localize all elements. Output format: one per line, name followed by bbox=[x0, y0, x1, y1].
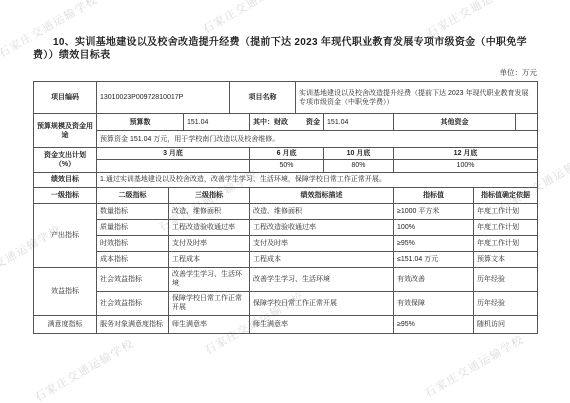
group-output-label: 产出指标 bbox=[34, 203, 97, 267]
budget-number-value: 151.04 bbox=[184, 114, 250, 131]
budget-row: 预算规模及资金用途 预算数 151.04 其中：财政 资金 151.04 其他资… bbox=[34, 114, 538, 131]
indicator-level2: 服务对象满意度指标 bbox=[97, 315, 169, 333]
indicator-level3: 保障学校日常工作正常开展 bbox=[169, 291, 250, 315]
indicator-row: 满意度指标 服务对象满意度指标 师生满意率 师生满意率 ≥95% 随机访问 bbox=[34, 315, 538, 333]
budget-usage-row: 预算资金 151.04 万元，用于学校南门改造以及校舍维修。 bbox=[34, 131, 538, 148]
watermark: 石家庄交通运输学校 bbox=[424, 0, 529, 41]
group-benefit-label: 效益指标 bbox=[34, 267, 97, 315]
document-page: 石家庄交通运输学校 石家庄交通运输学校 石家庄交通运输学校 石家庄交通运输学校 … bbox=[0, 0, 570, 403]
indicator-basis: 历年经验 bbox=[474, 291, 538, 315]
indicator-row: 产出指标 数量指标 改造、维修面积 改造、维修面积 ≥1000 平方米 年度工作… bbox=[34, 203, 538, 219]
document-content: 10、实训基地建设以及校舍改造提升经费（提前下达 2023 年现代职业教育发展专… bbox=[33, 36, 537, 334]
period-march: 3 月底 bbox=[97, 148, 250, 160]
indicator-level2: 社会效益指标 bbox=[97, 291, 169, 315]
fiscal-funds-label-part1: 其中：财政 bbox=[253, 118, 288, 127]
spending-october-value: 80% bbox=[324, 160, 394, 172]
fiscal-funds-label: 其中：财政 资金 bbox=[250, 114, 324, 131]
indicator-level2: 社会效益指标 bbox=[97, 267, 169, 291]
project-code-label: 项目编码 bbox=[34, 82, 97, 114]
indicator-value: 有效改善 bbox=[394, 267, 474, 291]
performance-goal-text: 1.通过实训基地建设以及校舍改造，改善学生学习、生活环境，保障学校日常工作正常开… bbox=[97, 172, 538, 187]
project-name-label: 项目名称 bbox=[230, 82, 296, 114]
budget-row-label: 预算规模及资金用途 bbox=[34, 114, 97, 148]
header-basis: 指标值确定依据 bbox=[474, 187, 538, 203]
indicator-basis: 预算文本 bbox=[474, 251, 538, 267]
watermark: 石家庄交通运输学校 bbox=[200, 0, 305, 37]
indicator-basis: 年度工作计划 bbox=[474, 235, 538, 251]
indicator-row: 时效指标 支付及时率 支付及时率 ≥95% 年度工作计划 bbox=[34, 235, 538, 251]
spending-december-value: 100% bbox=[394, 160, 538, 172]
indicator-level3: 支付及时率 bbox=[169, 235, 250, 251]
watermark: 石家庄交通运输学校 bbox=[32, 335, 137, 403]
indicator-value: ≥1000 平方米 bbox=[394, 203, 474, 219]
indicator-value: ≤151.04 万元 bbox=[394, 251, 474, 267]
indicator-level3: 师生满意率 bbox=[169, 315, 250, 333]
performance-target-table: 项目编码 13010023P00972810017P 项目名称 实训基地建设以及… bbox=[33, 81, 538, 333]
other-funds-label: 其他资金 bbox=[394, 114, 516, 131]
unit-label: 单位：万元 bbox=[33, 67, 537, 78]
indicator-level2: 时效指标 bbox=[97, 235, 169, 251]
indicator-description: 工程改造验收通过率 bbox=[250, 219, 394, 235]
other-funds-value bbox=[516, 114, 538, 131]
project-code-value: 13010023P00972810017P bbox=[97, 82, 230, 114]
indicator-description: 改善学生学习、生活环境 bbox=[250, 267, 394, 291]
header-level3: 三级指标 bbox=[169, 187, 250, 203]
indicator-basis: 随机访问 bbox=[474, 315, 538, 333]
indicator-basis: 年度工作计划 bbox=[474, 219, 538, 235]
period-june: 6 月底 bbox=[250, 148, 324, 160]
header-description: 绩效指标描述 bbox=[250, 187, 394, 203]
spending-march-value bbox=[97, 160, 250, 172]
indicator-level2: 成本指标 bbox=[97, 251, 169, 267]
group-satisfaction-label: 满意度指标 bbox=[34, 315, 97, 333]
document-title: 10、实训基地建设以及校舍改造提升经费（提前下达 2023 年现代职业教育发展专… bbox=[33, 36, 537, 62]
indicator-description: 支付及时率 bbox=[250, 235, 394, 251]
budget-usage-text: 预算资金 151.04 万元，用于学校南门改造以及校舍维修。 bbox=[97, 131, 538, 148]
spending-plan-label: 资金支出计划（%） bbox=[34, 148, 97, 172]
indicator-description: 保障学校日常工作正常开展 bbox=[250, 291, 394, 315]
indicator-row: 成本指标 工程成本 工程成本 ≤151.04 万元 预算文本 bbox=[34, 251, 538, 267]
indicator-row: 效益指标 社会效益指标 改善学生学习、生活环境 改善学生学习、生活环境 有效改善… bbox=[34, 267, 538, 291]
indicator-basis: 历年经验 bbox=[474, 267, 538, 291]
indicator-row: 质量指标 工程改造验收通过率 工程改造验收通过率 100% 年度工作计划 bbox=[34, 219, 538, 235]
period-december: 12 月底 bbox=[394, 148, 538, 160]
indicator-header-row: 一级指标 二级指标 三级指标 绩效指标描述 指标值 指标值确定依据 bbox=[34, 187, 538, 203]
indicator-description: 师生满意率 bbox=[250, 315, 394, 333]
spending-june-value: 50% bbox=[250, 160, 324, 172]
indicator-value: ≥95% bbox=[394, 315, 474, 333]
watermark: 石家庄交通运输学校 bbox=[422, 331, 527, 401]
indicator-basis: 年度工作计划 bbox=[474, 203, 538, 219]
fiscal-funds-label-part2: 资金 bbox=[306, 118, 320, 127]
project-name-value: 实训基地建设以及校舍改造提升经费（提前下达 2023 年现代职业教育发展专项市级… bbox=[296, 82, 538, 114]
performance-goal-row: 绩效目标 1.通过实训基地建设以及校舍改造，改善学生学习、生活环境，保障学校日常… bbox=[34, 172, 538, 187]
indicator-level3: 工程成本 bbox=[169, 251, 250, 267]
spending-plan-values-row: 50% 80% 100% bbox=[34, 160, 538, 172]
indicator-description: 工程成本 bbox=[250, 251, 394, 267]
period-october: 10 月底 bbox=[324, 148, 394, 160]
header-level1: 一级指标 bbox=[34, 187, 97, 203]
indicator-value: 100% bbox=[394, 219, 474, 235]
performance-goal-label: 绩效目标 bbox=[34, 172, 97, 187]
indicator-value: 有效保障 bbox=[394, 291, 474, 315]
budget-number-label: 预算数 bbox=[97, 114, 184, 131]
indicator-level3: 改善学生学习、生活环境 bbox=[169, 267, 250, 291]
header-level2: 二级指标 bbox=[97, 187, 169, 203]
indicator-row: 社会效益指标 保障学校日常工作正常开展 保障学校日常工作正常开展 有效保障 历年… bbox=[34, 291, 538, 315]
indicator-value: ≥95% bbox=[394, 235, 474, 251]
spending-plan-header-row: 资金支出计划（%） 3 月底 6 月底 10 月底 12 月底 bbox=[34, 148, 538, 160]
indicator-level2: 质量指标 bbox=[97, 219, 169, 235]
indicator-level3: 工程改造验收通过率 bbox=[169, 219, 250, 235]
project-row: 项目编码 13010023P00972810017P 项目名称 实训基地建设以及… bbox=[34, 82, 538, 114]
indicator-level3: 改造、维修面积 bbox=[169, 203, 250, 219]
indicator-level2: 数量指标 bbox=[97, 203, 169, 219]
fiscal-funds-value: 151.04 bbox=[324, 114, 394, 131]
header-value: 指标值 bbox=[394, 187, 474, 203]
indicator-description: 改造、维修面积 bbox=[250, 203, 394, 219]
